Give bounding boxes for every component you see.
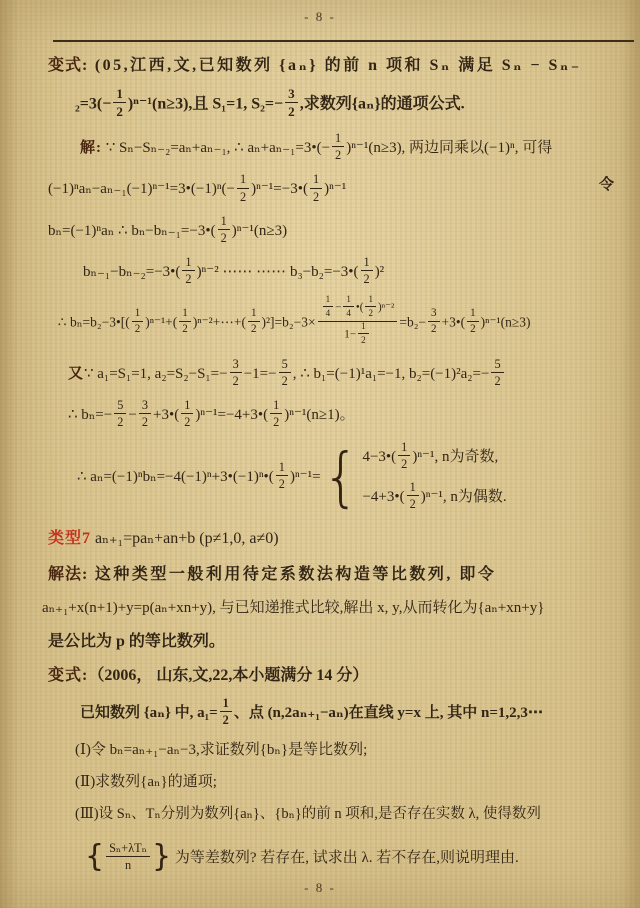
fraction-denominator: 2: [467, 322, 479, 336]
fraction-denominator: 2: [179, 322, 191, 336]
fraction: 12: [276, 460, 288, 491]
text-run: −: [335, 302, 341, 314]
fraction-denominator: 2: [491, 373, 503, 388]
fraction: 32: [428, 307, 440, 335]
fraction: 12: [361, 255, 373, 286]
fraction: 12: [182, 255, 194, 286]
type7-line: 类型7 aₙ₊₁=paₙ+an+b (p≠1,0, a≠0): [48, 527, 614, 551]
fraction: 14−14•(12)ⁿ⁻²1−12: [318, 296, 398, 347]
text-run: )ⁿ⁻²: [378, 302, 394, 314]
variation1-line1: 变式: (05,江西,文,已知数列 {aₙ} 的前 n 项和 Sₙ 满足 Sₙ …: [48, 54, 614, 78]
fraction: 12: [398, 440, 410, 471]
fraction: 12: [332, 131, 344, 162]
given-line: 已知数列 {aₙ} 中, a₁=12、点 (n,2aₙ₊₁−aₙ)在直线 y=x…: [80, 698, 614, 729]
heading-label: 变式:: [48, 57, 88, 74]
method-line3: 是公比为 p 的等比数列。: [48, 630, 614, 654]
also-line: 又∵ a₁=S₁=1, a₂=S₂−S₁=−32−1=−52, ∴ b₁=(−1…: [68, 359, 614, 390]
fraction-denominator: 2: [182, 271, 194, 286]
text-run: )ⁿ⁻² ⋯⋯ ⋯⋯ b₃−b₂=−3•(: [197, 264, 359, 280]
text-run: −: [128, 407, 136, 423]
text-run: ∴ bₙ=−: [68, 407, 112, 423]
fraction-numerator: 3: [230, 357, 242, 373]
text-run: ,求数列{aₙ}的通项公式.: [300, 95, 465, 112]
fraction-numerator: 1: [310, 172, 322, 188]
fraction-numerator: 1: [248, 307, 260, 322]
fraction-denominator: 2: [248, 322, 260, 336]
fraction: 12: [181, 398, 193, 429]
fraction-numerator: 1: [323, 294, 334, 306]
fraction: 14: [343, 294, 354, 318]
fraction-numerator: 3: [139, 398, 151, 414]
text-run: −4+3•(: [362, 489, 404, 505]
text-run: )ⁿ⁻¹(n≥3): [232, 223, 287, 239]
fraction-denominator: 2: [310, 189, 322, 204]
cases-row: 4−3•(12)ⁿ⁻¹, n为奇数,: [362, 442, 506, 473]
fraction: 12: [237, 172, 249, 203]
fraction: 32: [230, 357, 242, 388]
variation2-line: 变式:（2006， 山东,文,22,本小题满分 14 分）: [48, 664, 614, 688]
fraction-denominator: 4: [343, 307, 354, 318]
header-rule: [53, 40, 634, 42]
fraction-denominator: 2: [428, 322, 440, 336]
fraction: 52: [491, 357, 503, 388]
text-run: )²: [375, 264, 385, 280]
fraction: Sₙ+λTₙn: [106, 841, 150, 872]
type-label: 类型7: [48, 530, 91, 547]
brace: {: [85, 839, 104, 874]
fraction-numerator: 1: [237, 172, 249, 188]
text-run: )ⁿ⁻¹=: [290, 469, 321, 485]
brace: }: [152, 839, 171, 874]
text-run: )ⁿ⁻¹, n为奇数,: [412, 449, 498, 465]
fraction: 12: [218, 214, 230, 245]
fraction: 12: [270, 398, 282, 429]
fraction-denominator: 2: [181, 414, 193, 429]
text-run: =b₂−: [399, 315, 426, 330]
fraction-numerator: 1: [220, 696, 232, 712]
fraction: 14: [323, 294, 334, 318]
text-run: ∴ aₙ=(−1)ⁿbₙ=−4(−1)ⁿ+3•(−1)ⁿ•(: [77, 469, 274, 485]
solution-line3: bₙ=(−1)ⁿaₙ ∴ bₙ−bₙ₋₁=−3•(12)ⁿ⁻¹(n≥3): [48, 216, 614, 247]
method-line2: aₙ₊₁+x(n+1)+y=p(aₙ+xn+y), 与已知递推式比较,解出 x,…: [42, 597, 614, 620]
fraction: 32: [139, 398, 151, 429]
fraction-denominator: 2: [113, 103, 126, 119]
cases-brace: {: [323, 450, 360, 504]
an-piecewise-line: ∴ aₙ=(−1)ⁿbₙ=−4(−1)ⁿ+3•(−1)ⁿ•(12)ⁿ⁻¹={4−…: [77, 442, 614, 514]
fraction: 12: [179, 307, 191, 335]
fraction-numerator: 1: [276, 460, 288, 476]
text-run: 这种类型一般利用待定系数法构造等比数列, 即令: [88, 566, 496, 583]
text-run: , ∴ b₁=(−1)¹a₁=−1, b₂=(−1)²a₂=−: [293, 366, 490, 382]
fraction-numerator: 1: [218, 214, 230, 230]
fraction-denominator: 2: [279, 373, 291, 388]
text-run: •(: [356, 302, 364, 314]
text-run: )ⁿ⁻¹: [324, 182, 346, 198]
fraction: 12: [248, 307, 260, 335]
fraction-denominator: 2: [132, 322, 144, 336]
fraction-denominator: 2: [230, 373, 242, 388]
text-run: (05,江西,文,已知数列 {aₙ} 的前 n 项和 Sₙ 满足 Sₙ − Sₙ…: [88, 57, 581, 74]
text-run: bₙ₋₁−bₙ₋₂=−3•(: [83, 264, 180, 280]
text-run: )ⁿ⁻¹+(: [145, 315, 177, 330]
text-run: (Ⅰ)令 bₙ=aₙ₊₁−aₙ−3,求证数列{bₙ}是等比数列;: [75, 742, 367, 758]
part3-line2: {Sₙ+λTₙn} 为等差数列? 若存在, 试求出 λ. 若不存在,则说明理由.: [85, 836, 614, 881]
fraction-numerator: 1: [398, 440, 410, 456]
fraction-numerator: 1: [343, 294, 354, 306]
text-run: )ⁿ⁻¹(n≥3),且 S₁=1, S₂=−: [128, 95, 283, 112]
fraction-numerator: 1: [365, 294, 376, 306]
solution-line4: bₙ₋₁−bₙ₋₂=−3•(12)ⁿ⁻² ⋯⋯ ⋯⋯ b₃−b₂=−3•(12)…: [83, 257, 614, 288]
fraction: 12: [132, 307, 144, 335]
fraction-numerator: Sₙ+λTₙ: [106, 841, 150, 857]
heading-label: 解:: [80, 140, 102, 156]
text-run: )²]=b₂−3×: [262, 315, 316, 330]
fraction-numerator: 1: [407, 480, 419, 496]
text-run: 已知数列 {aₙ} 中, a₁=: [80, 705, 218, 721]
text-run: (Ⅲ)设 Sₙ、Tₙ分别为数列{aₙ}、{bₙ}的前 n 项和,是否存在实数 λ…: [75, 806, 541, 822]
text-run: aₙ₊₁+x(n+1)+y=p(aₙ+xn+y), 与已知递推式比较,解出 x,…: [42, 600, 544, 616]
right-aligned-text: 令: [599, 174, 614, 197]
fraction-numerator: 1: [182, 255, 194, 271]
fraction-numerator: 1: [467, 307, 479, 322]
fraction-numerator: 1: [179, 307, 191, 322]
heading-label: 变式:: [48, 667, 88, 684]
fraction: 12: [113, 86, 126, 119]
text-run: )ⁿ⁻¹=−4+3•(: [195, 407, 268, 423]
fraction-denominator: 2: [398, 456, 410, 471]
heading-label: 解法:: [48, 566, 88, 583]
fraction-denominator: 2: [220, 712, 232, 727]
fraction-numerator: 5: [114, 398, 126, 414]
text-run: 是公比为 p 的等比数列。: [48, 633, 225, 650]
fraction: 52: [114, 398, 126, 429]
fraction-numerator: 1: [181, 398, 193, 414]
fraction-numerator: 3: [285, 86, 298, 103]
text-run: （2006， 山东,文,22,本小题满分 14 分）: [88, 667, 368, 684]
fraction-numerator: 1: [113, 86, 126, 103]
fraction: 12: [220, 696, 232, 727]
variation1-line2: ₂=3(−12)ⁿ⁻¹(n≥3),且 S₁=1, S₂=−32,求数列{aₙ}的…: [75, 88, 614, 121]
fraction-numerator: 5: [491, 357, 503, 373]
fraction-numerator: 1: [270, 398, 282, 414]
text-run: ∵ a₁=S₁=1, a₂=S₂−S₁=−: [84, 366, 228, 382]
text-run: +3•(: [153, 407, 179, 423]
fraction-denominator: 2: [365, 307, 376, 318]
fraction-denominator: 2: [285, 103, 298, 119]
fraction-denominator: n: [106, 857, 150, 872]
part3-line1: (Ⅲ)设 Sₙ、Tₙ分别为数列{aₙ}、{bₙ}的前 n 项和,是否存在实数 λ…: [75, 804, 614, 826]
text-run: 1−: [344, 329, 356, 341]
text-run: −1=−: [244, 366, 277, 382]
text-run: 、点 (n,2aₙ₊₁−aₙ)在直线 y=x 上, 其中 n=1,2,3⋯: [234, 705, 543, 721]
fraction-denominator: 2: [332, 147, 344, 162]
fraction-numerator: 1: [358, 321, 369, 333]
solution-line5: ∴ bₙ=b₂−3•[(12)ⁿ⁻¹+(12)ⁿ⁻²+⋯+(12)²]=b₂−3…: [58, 298, 614, 349]
fraction-denominator: 1−12: [318, 322, 398, 347]
fraction-numerator: 14−14•(12)ⁿ⁻²: [318, 296, 398, 322]
fraction-denominator: 2: [237, 189, 249, 204]
text-run: )ⁿ⁻¹(n≥1)。: [284, 407, 354, 423]
text-run: )ⁿ⁻¹=−3•(: [251, 182, 308, 198]
fraction: 12: [310, 172, 322, 203]
bn-result-line: ∴ bₙ=−52−32+3•(12)ⁿ⁻¹=−4+3•(12)ⁿ⁻¹(n≥1)。: [68, 400, 614, 431]
scanned-math-page: - 8 - 变式: (05,江西,文,已知数列 {aₙ} 的前 n 项和 Sₙ …: [0, 0, 640, 908]
text-run: ₂=3(−: [75, 95, 111, 112]
page-number-header: - 8 -: [0, 9, 640, 25]
cases-row: −4+3•(12)ⁿ⁻¹, n为偶数.: [362, 482, 506, 513]
piecewise-cases: {4−3•(12)ⁿ⁻¹, n为奇数,−4+3•(12)ⁿ⁻¹, n为偶数.: [323, 442, 507, 514]
text-run: ∵ Sₙ−Sₙ₋₂=aₙ+aₙ₋₁, ∴ aₙ+aₙ₋₁=3•(−: [102, 140, 330, 156]
fraction: 12: [365, 294, 376, 318]
method-line1: 解法: 这种类型一般利用待定系数法构造等比数列, 即令: [48, 563, 614, 587]
text-run: ∴ bₙ=b₂−3•[(: [58, 315, 130, 330]
text-run: )ⁿ⁻¹(n≥3), 两边同乘以(−1)ⁿ, 可得: [346, 140, 552, 156]
fraction-denominator: 4: [323, 307, 334, 318]
text-run: bₙ=(−1)ⁿaₙ ∴ bₙ−bₙ₋₁=−3•(: [48, 223, 216, 239]
fraction-numerator: 1: [332, 131, 344, 147]
solution-line2: (−1)ⁿaₙ−aₙ₋₁(−1)ⁿ⁻¹=3•(−1)ⁿ(−12)ⁿ⁻¹=−3•(…: [48, 174, 614, 205]
content: 变式: (05,江西,文,已知数列 {aₙ} 的前 n 项和 Sₙ 满足 Sₙ …: [30, 54, 614, 891]
fraction-numerator: 1: [132, 307, 144, 322]
fraction-numerator: 1: [361, 255, 373, 271]
text-run: )ⁿ⁻²+⋯+(: [193, 315, 246, 330]
text-run: 4−3•(: [362, 449, 396, 465]
fraction-denominator: 2: [218, 230, 230, 245]
fraction-numerator: 5: [279, 357, 291, 373]
text-run: )ⁿ⁻¹(n≥3): [481, 315, 531, 330]
solution-line1: 解: ∵ Sₙ−Sₙ₋₂=aₙ+aₙ₋₁, ∴ aₙ+aₙ₋₁=3•(−12)ⁿ…: [80, 133, 614, 164]
fraction-denominator: 2: [276, 476, 288, 491]
fraction: 12: [467, 307, 479, 335]
heading-label: 又: [68, 366, 84, 382]
fraction-denominator: 2: [114, 414, 126, 429]
cases-rows: 4−3•(12)ⁿ⁻¹, n为奇数,−4+3•(12)ⁿ⁻¹, n为偶数.: [362, 442, 506, 514]
fraction-numerator: 3: [428, 307, 440, 322]
text-run: aₙ₊₁=paₙ+an+b (p≠1,0, a≠0): [91, 530, 279, 547]
text-run: +3•(: [442, 315, 466, 330]
part1-line: (Ⅰ)令 bₙ=aₙ₊₁−aₙ−3,求证数列{bₙ}是等比数列;: [75, 739, 614, 762]
part2-line: (Ⅱ)求数列{aₙ}的通项;: [75, 771, 614, 794]
fraction-denominator: 2: [358, 334, 369, 345]
fraction-denominator: 2: [361, 271, 373, 286]
fraction-denominator: 2: [407, 496, 419, 511]
fraction-denominator: 2: [139, 414, 151, 429]
fraction: 32: [285, 86, 298, 119]
fraction-denominator: 2: [270, 414, 282, 429]
text-run: )ⁿ⁻¹, n为偶数.: [421, 489, 507, 505]
page-number-footer: - 8 -: [0, 880, 640, 896]
fraction: 12: [407, 480, 419, 511]
text-run: (Ⅱ)求数列{aₙ}的通项;: [75, 774, 217, 790]
fraction: 12: [358, 321, 369, 345]
text-run: (−1)ⁿaₙ−aₙ₋₁(−1)ⁿ⁻¹=3•(−1)ⁿ(−: [48, 182, 235, 198]
text-run: 为等差数列? 若存在, 试求出 λ. 若不存在,则说明理由.: [171, 850, 519, 866]
fraction: 52: [279, 357, 291, 388]
